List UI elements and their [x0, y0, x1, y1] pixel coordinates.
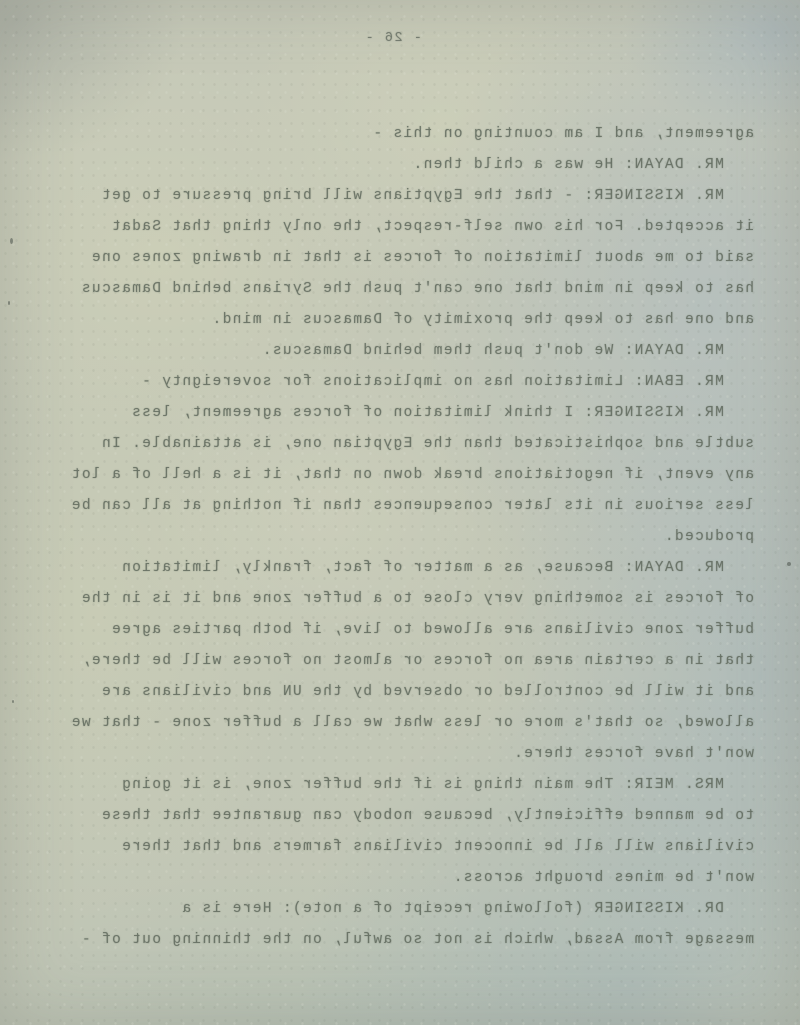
ink-speck: [787, 562, 791, 566]
typewritten-text-mirrored: agreement, and I am counting on this - M…: [42, 119, 754, 956]
ink-speck: [8, 301, 10, 305]
ink-speck: [12, 700, 14, 703]
ink-speck: [10, 238, 13, 244]
page-number: - 26 -: [0, 31, 786, 46]
scanned-document-page: - 26 - agreement, and I am counting on t…: [0, 0, 800, 1025]
